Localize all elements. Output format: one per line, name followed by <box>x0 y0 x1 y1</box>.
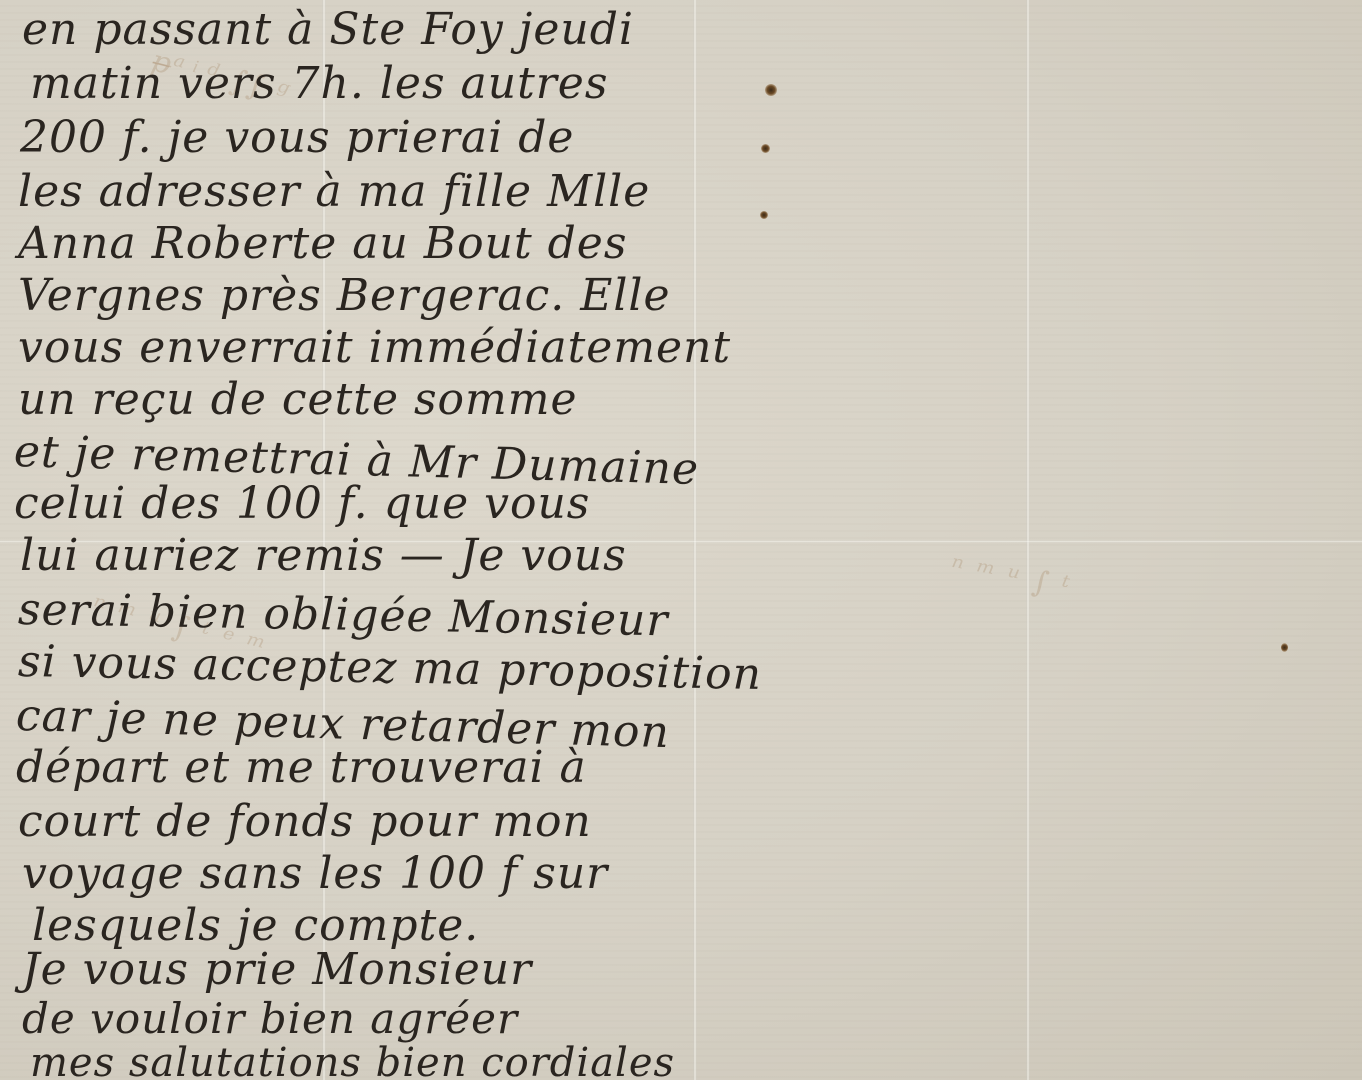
letter-line: celui des 100 f. que vous <box>14 478 590 529</box>
letter-line: 200 f. je vous prierai de <box>20 112 574 163</box>
letter-line: départ et me trouverai à <box>16 742 587 793</box>
letter-line: voyage sans les 100 f sur <box>22 848 608 899</box>
letter-line: un reçu de cette somme <box>18 374 578 425</box>
letter-line: court de fonds pour mon <box>18 796 592 847</box>
letter-line: mes salutations bien cordiales <box>30 1040 675 1080</box>
letter-line: de vouloir bien agréer <box>22 994 518 1043</box>
letter-line: vous enverrait immédiatement <box>18 322 731 373</box>
letter-line: Vergnes près Bergerac. Elle <box>18 270 671 321</box>
letter-page: ᵽ̶ᵃ ͥ ᵈ ∫∫ ᵍ ⁿ ᵐ ᵘ ∫ ᵗ ᵉ ᵐ ⁿ ᵐ ᵘ ∫ ᵗ en … <box>0 0 1362 1080</box>
letter-line: Je vous prie Monsieur <box>22 944 532 995</box>
letter-line: Anna Roberte au Bout des <box>18 218 627 269</box>
letter-line: lui auriez remis — Je vous <box>20 530 627 581</box>
letter-line: matin vers 7h. les autres <box>30 58 608 109</box>
blank-right-page <box>700 0 1362 1080</box>
letter-line: en passant à Ste Foy jeudi <box>22 4 634 55</box>
letter-line: les adresser à ma fille Mlle <box>18 166 650 217</box>
